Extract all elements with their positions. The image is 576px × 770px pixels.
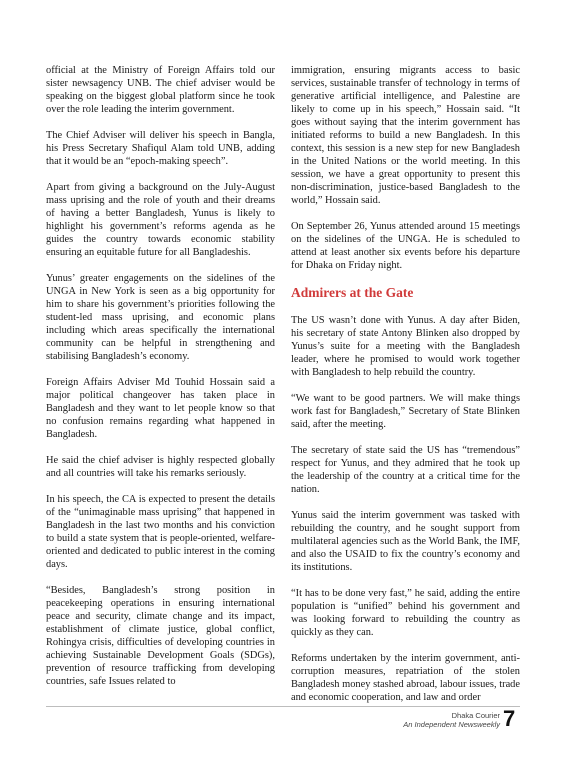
- paragraph: In his speech, the CA is expected to pre…: [46, 493, 275, 571]
- paragraph: Foreign Affairs Adviser Md Touhid Hossai…: [46, 376, 275, 441]
- right-column: immigration, ensuring migrants access to…: [291, 64, 520, 717]
- paragraph: The Chief Adviser will deliver his speec…: [46, 129, 275, 168]
- footer-divider: [46, 706, 520, 707]
- footer-masthead: Dhaka Courier An Independent Newsweekly: [403, 711, 500, 729]
- paragraph: The secretary of state said the US has “…: [291, 444, 520, 496]
- paragraph: Yunus said the interim government was ta…: [291, 509, 520, 574]
- page-number: 7: [503, 708, 515, 730]
- paragraph: immigration, ensuring migrants access to…: [291, 64, 520, 207]
- paragraph: “It has to be done very fast,” he said, …: [291, 587, 520, 639]
- paragraph: The US wasn’t done with Yunus. A day aft…: [291, 314, 520, 379]
- paragraph: “We want to be good partners. We will ma…: [291, 392, 520, 431]
- section-subheading: Admirers at the Gate: [291, 285, 520, 301]
- publication-tagline: An Independent Newsweekly: [403, 720, 500, 729]
- paragraph: On September 26, Yunus attended around 1…: [291, 220, 520, 272]
- paragraph: Reforms undertaken by the interim govern…: [291, 652, 520, 704]
- paragraph: Apart from giving a background on the Ju…: [46, 181, 275, 259]
- left-column: official at the Ministry of Foreign Affa…: [46, 64, 275, 701]
- paragraph: “Besides, Bangladesh’s strong position i…: [46, 584, 275, 688]
- paragraph: Yunus’ greater engagements on the sideli…: [46, 272, 275, 363]
- publication-name: Dhaka Courier: [403, 711, 500, 720]
- paragraph: He said the chief adviser is highly resp…: [46, 454, 275, 480]
- paragraph: official at the Ministry of Foreign Affa…: [46, 64, 275, 116]
